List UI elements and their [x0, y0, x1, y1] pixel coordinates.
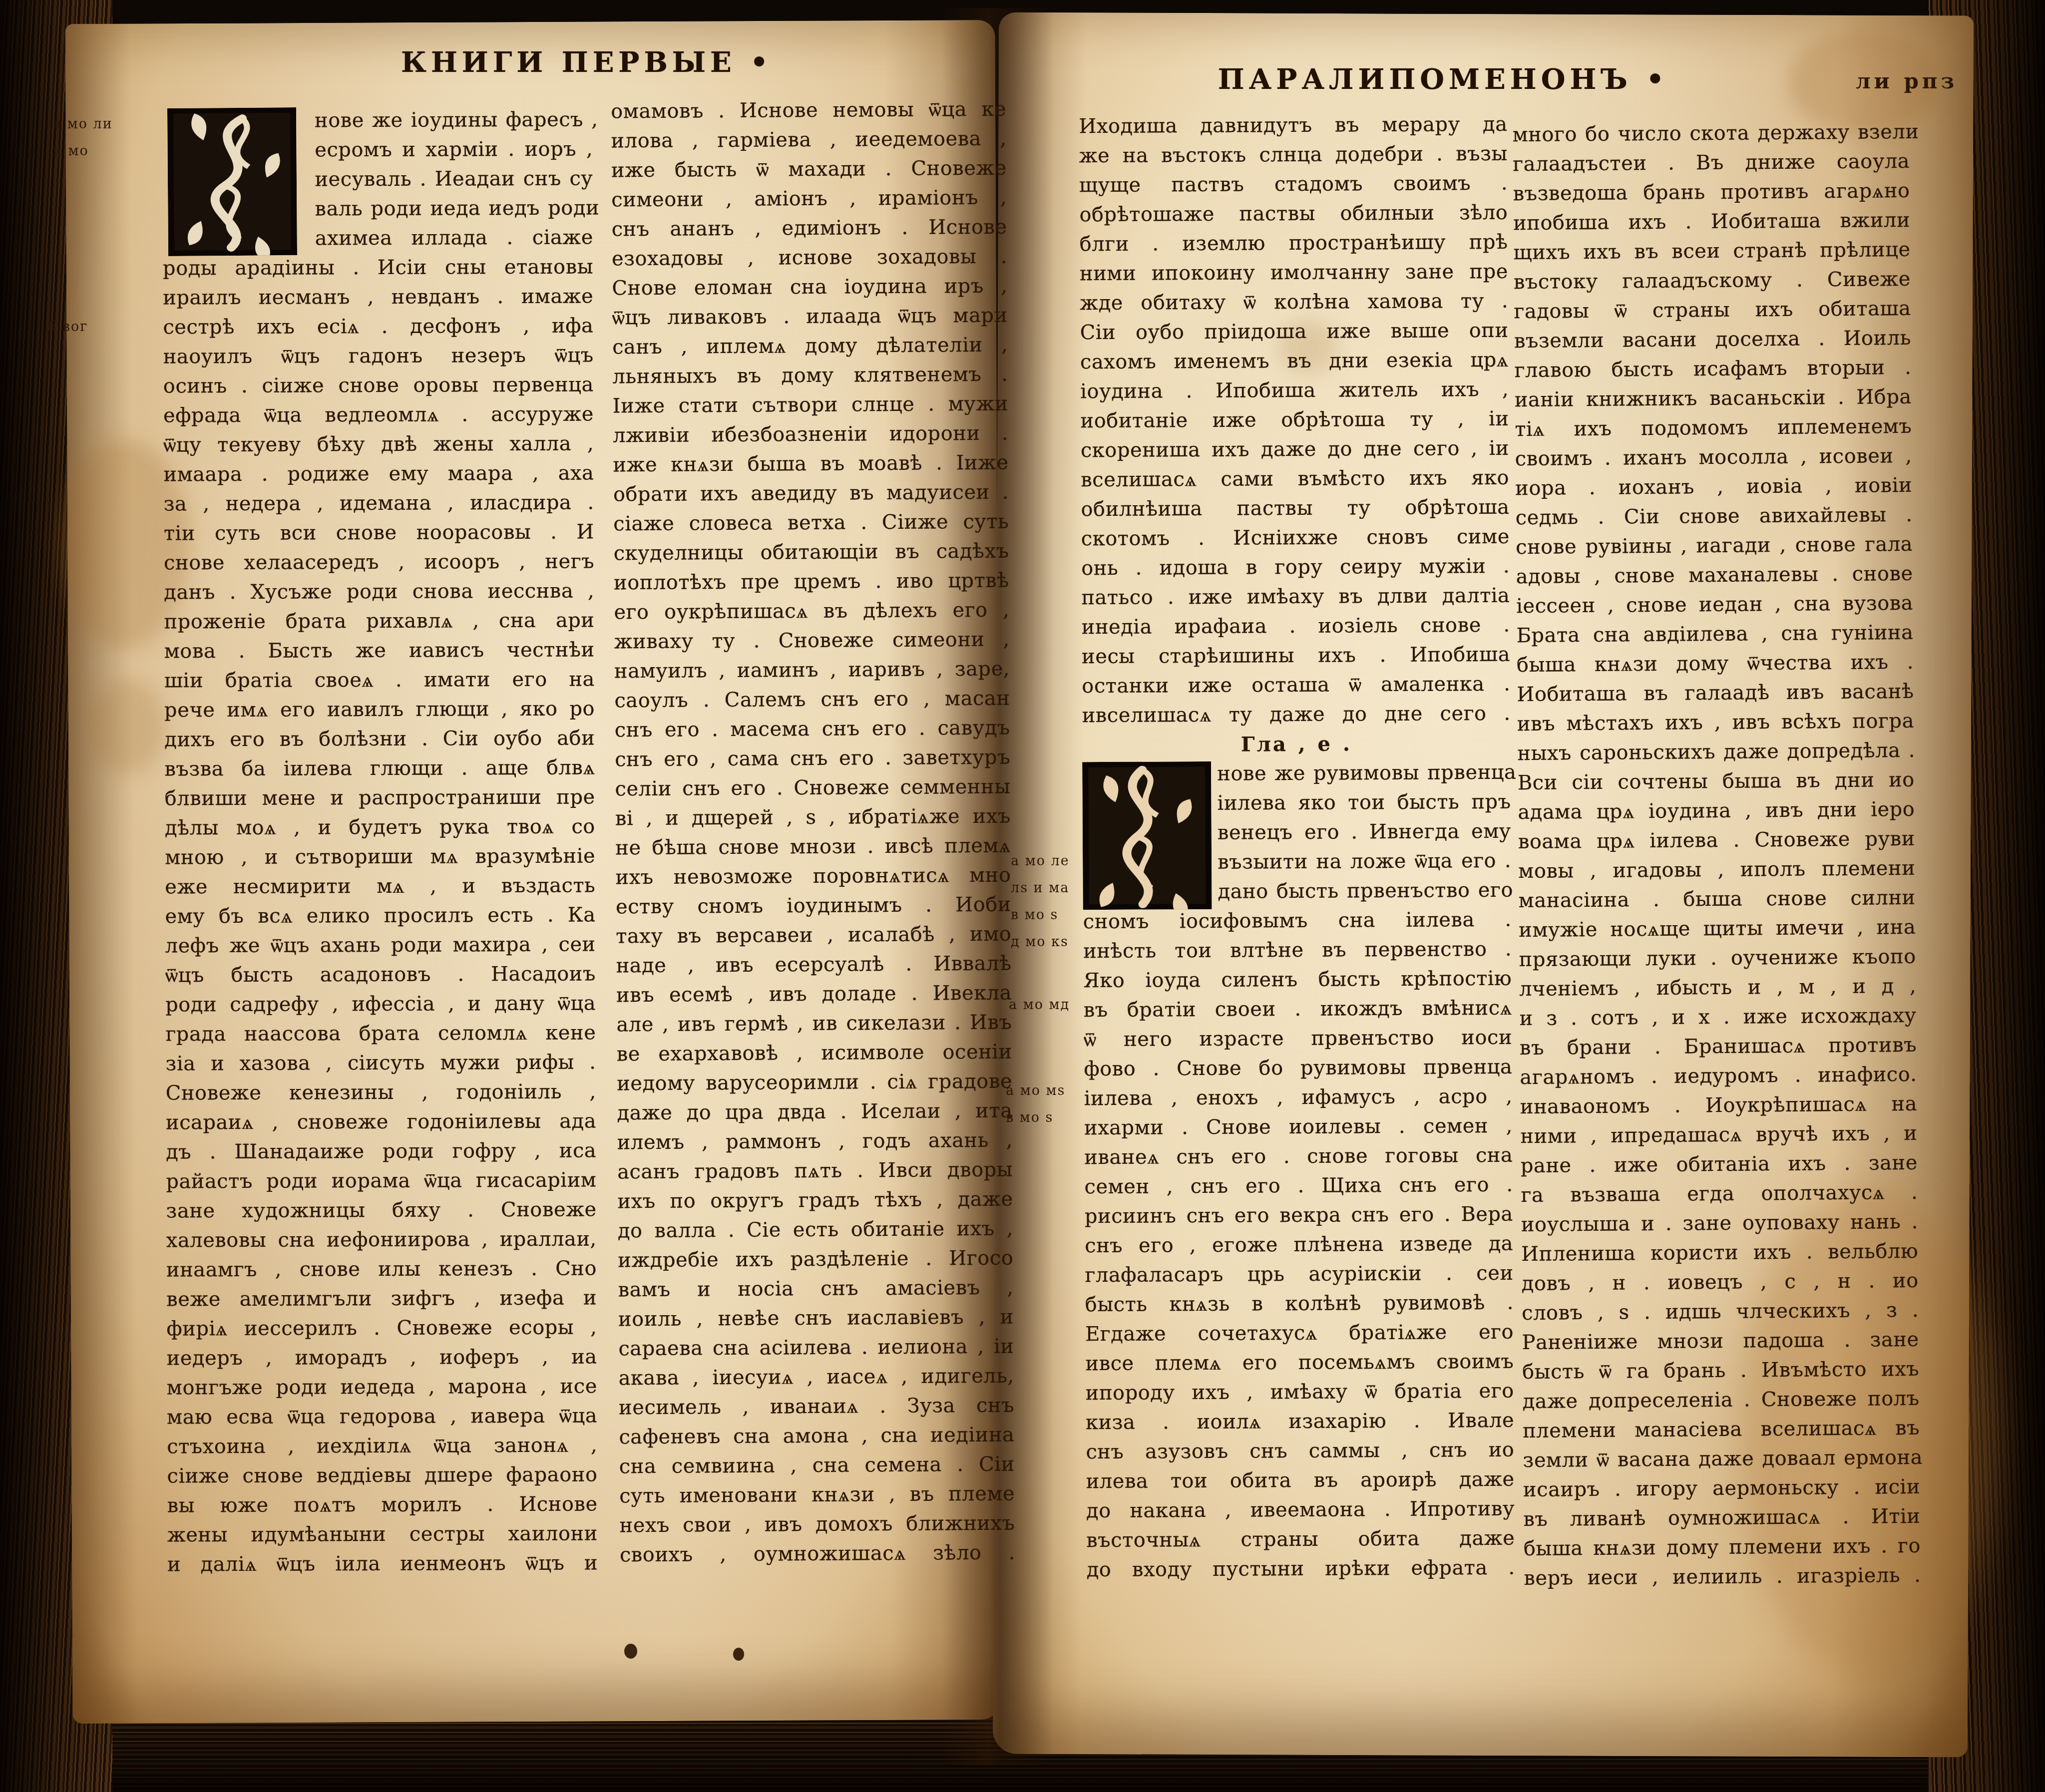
- text-line: венецъ его . Ивнегда ему: [1218, 817, 1511, 848]
- text-line: вамъ и носіа снъ амасіевъ ,: [618, 1273, 1013, 1305]
- text-line: иже бысть ѿ махади . Сновеже: [611, 154, 1007, 186]
- text-line: ѿ него израсте првенъство иоси: [1084, 1023, 1512, 1055]
- text-line: осинъ . сіиже снове оровы первенца: [163, 370, 594, 401]
- text-line: вселишасѧ сами въмѣсто ихъ яко: [1081, 463, 1509, 495]
- text-line: седмь . Сіи снове авихайлевы .: [1515, 500, 1912, 533]
- text-line: ипороду ихъ , имѣаху ѿ братіа его: [1086, 1377, 1514, 1408]
- text-line: въ ливанѣ оумножишасѧ . Итіи: [1523, 1502, 1920, 1534]
- text-line: илемъ , раммонъ , годъ ахань ,: [617, 1126, 1013, 1158]
- text-line: до накана , ивеемаона . Ипротиву: [1086, 1494, 1515, 1526]
- text-line: семен , снъ его . Щиха снъ его .: [1084, 1170, 1513, 1202]
- text-line: имужіе носѧще щиты имечи , ина: [1519, 913, 1916, 945]
- text-line: сна семвиина , сна семена . Сіи: [619, 1450, 1015, 1482]
- text-line: дѣлы моѧ , и будетъ рука твоѧ со: [165, 812, 595, 843]
- text-line: Яко іоуда силенъ бысть крѣпостію: [1083, 964, 1512, 996]
- text-line: ивсе племѧ его посемьѧмъ своимъ: [1085, 1347, 1514, 1379]
- text-line: въсточныѧ страны обита даже: [1086, 1524, 1515, 1555]
- text-line: до валла . Сіе есть обитаніе ихъ ,: [618, 1214, 1013, 1246]
- text-line: д мо кѕ: [1011, 930, 1070, 957]
- text-line: нехъ свои , ивъ домохъ ближнихъ: [619, 1509, 1015, 1541]
- text-line: а мо ле: [1011, 849, 1070, 876]
- text-line: Снове еломан сна іоудина иръ ,: [612, 272, 1007, 304]
- text-line: ними ипокоину имолчанну зане пре: [1080, 257, 1508, 289]
- text-line: дано бысть првенъство его: [1218, 876, 1511, 907]
- text-line: иванеѧ снъ его . снове гоговы сна: [1084, 1141, 1513, 1172]
- text-line: а мо мд: [1009, 992, 1070, 1019]
- text-line: племени манасіева вселишасѧ въ: [1523, 1414, 1920, 1446]
- text-line: лѕ и ма: [1011, 876, 1070, 903]
- text-line: асанъ градовъ пѧть . Ивси дворы: [617, 1155, 1013, 1187]
- margin-note-group: а мо мд: [1009, 992, 1070, 1019]
- text-line: омамовъ . Иснове немовы ѿца ке: [611, 95, 1006, 127]
- text-line: иедеръ , иморадъ , иоферъ , иа: [167, 1342, 597, 1373]
- text-line: саоулъ . Салемъ снъ его , масан: [614, 684, 1010, 716]
- text-line: сномъ іосифовымъ сна іилева .: [1083, 905, 1512, 937]
- text-line: инаваономъ . Иоукрѣпишасѧ на: [1520, 1089, 1917, 1122]
- text-line: глафаласаръ црь асуріискіи . сеи: [1085, 1259, 1513, 1290]
- text-line: іилева яко тои бысть пръ: [1217, 787, 1511, 818]
- text-line: иесуваль . Иеадаи снъ су: [315, 164, 593, 195]
- text-line: ипобиша ихъ . Иобиташа вжили: [1513, 206, 1910, 238]
- text-line: адовы , снове маханалевы . снове: [1516, 559, 1913, 592]
- text-line: блги . иземлю пространѣишу прѣ: [1080, 228, 1508, 259]
- text-line: щуще паствъ стадомъ своимъ .: [1079, 169, 1508, 200]
- text-line: даже допреселеніа . Сновеже полъ: [1522, 1384, 1919, 1417]
- running-title-left: КНИГИ ПЕРВЫЕ •: [350, 46, 824, 79]
- text-line: Сновеже кенезины , годоніиль ,: [166, 1077, 596, 1108]
- text-line: въземли васани доселха . Иоиль: [1514, 324, 1911, 356]
- text-line: намуилъ , иаминъ , иаривъ , заре,: [614, 655, 1010, 687]
- text-column-left-2: омамовъ . Иснове немовы ѿца кеилова , га…: [611, 95, 1015, 1570]
- text-line: Раненіиже мнози падоша . зане: [1522, 1325, 1919, 1358]
- text-line: халевовы сна иефониирова , ираллаи,: [166, 1224, 597, 1255]
- text-line: ираилъ иесманъ , невданъ . имаже: [163, 282, 593, 313]
- text-line: агарѧномъ . иедуромъ . инафисо.: [1520, 1060, 1917, 1092]
- text-line: льняныхъ въ дому клятвенемъ .: [612, 360, 1008, 392]
- text-line: имаара . родиже ему маара , аха: [163, 459, 594, 490]
- text-line: сіаже словеса ветха . Сіиже суть: [613, 507, 1009, 539]
- text-line: ними , ипредашасѧ вручѣ ихъ , и: [1520, 1119, 1917, 1151]
- text-line: ѿцъ бысть асадоновъ . Насадоиъ: [165, 959, 596, 990]
- text-line: бысть ѿ га брань . Ивъмѣсто ихъ: [1522, 1355, 1919, 1387]
- text-line: же на въстокъ слнца додебри . възы: [1079, 139, 1508, 171]
- text-line: инаамгъ , снове илы кенезъ . Сно: [166, 1254, 597, 1285]
- chapter-text-before: Иходиша давнидутъ въ мерару даже на въст…: [1079, 110, 1510, 730]
- text-line: много бо число скота держаху взели: [1512, 117, 1909, 150]
- text-line: иесы старѣишины ихъ . Ипобиша: [1082, 640, 1510, 672]
- text-line: ихъ по округъ градъ тѣхъ , даже: [617, 1185, 1013, 1217]
- stain-spot: [90, 679, 165, 774]
- text-line: довъ , н . иовецъ , с , н . ио: [1521, 1266, 1918, 1299]
- text-line: киза . иоилѧ изахарію . Ивале: [1086, 1406, 1514, 1437]
- text-line: данъ . Хусъже роди снова иесснва ,: [164, 576, 594, 607]
- text-line: ихъ невозможе поровнѧтисѧ мно: [615, 861, 1011, 893]
- text-line: в мо ѕ: [1011, 903, 1070, 930]
- text-line: ефрада ѿца ведлеомлѧ . ассуруже: [163, 400, 594, 431]
- text-line: инедіа ирафаиа . иозіель снове .: [1082, 611, 1510, 642]
- text-line: наоуилъ ѿцъ гадонъ незеръ ѿцъ: [163, 341, 594, 372]
- text-line: обилнѣиша паствы ту обрѣтоша: [1081, 493, 1509, 524]
- text-line: роди садрефу , ифессіа , и дану ѿца: [165, 989, 596, 1020]
- text-line: Іиже стати сътвори слнце . мужи: [613, 389, 1008, 421]
- text-line: шіи братіа своеѧ . имати его на: [164, 665, 595, 696]
- text-line: суть именовани кнѧзи , въ племе: [619, 1479, 1015, 1511]
- text-line: илова , гарміева , иеедемоева ,: [611, 124, 1006, 156]
- text-line: възыити на ложе ѿца его .: [1218, 846, 1511, 877]
- text-column-right-1: Иходиша давнидутъ въ мерару даже на въст…: [1079, 110, 1515, 1585]
- text-line: иесимель , иванаиѧ . Зуза снъ: [619, 1391, 1014, 1423]
- text-line: быша кнѧзи дому племени ихъ . го: [1524, 1531, 1921, 1564]
- text-line: възва ба іилева глющи . аще блвѧ: [164, 753, 595, 784]
- text-line: ианіи книжникъ васаньскіи . Ибра: [1515, 382, 1912, 415]
- text-line: сахомъ именемъ въ дни езекіа црѧ: [1080, 346, 1509, 377]
- text-line: монгъже роди иедеда , марона , исе: [167, 1372, 597, 1403]
- text-line: иоплотѣхъ пре цремъ . иво цртвѣ: [614, 566, 1009, 598]
- text-line: ныхъ сароньскихъ даже допредѣла .: [1517, 736, 1914, 768]
- text-line: іоудина . Ипобиша житель ихъ ,: [1080, 375, 1509, 406]
- text-line: ѿцъ ливаковъ . илаада ѿцъ мари: [612, 301, 1008, 333]
- text-line: рисиинъ снъ его векра снъ его . Вера: [1085, 1200, 1513, 1231]
- text-line: зане художницы бяху . Сновеже: [166, 1195, 596, 1226]
- text-line: снъ ананъ , едиміонъ . Иснове: [611, 213, 1007, 245]
- text-line: илева тои обита въ ароирѣ даже: [1086, 1465, 1514, 1496]
- text-line: ихарми . Снове иоилевы . семен ,: [1084, 1111, 1513, 1143]
- text-line: щихъ ихъ въ всеи странѣ прѣлице: [1513, 235, 1910, 268]
- text-line: словъ , ѕ . идшь члческихъ , з .: [1522, 1296, 1919, 1328]
- text-line: снъ его , сама снъ его . заветхуръ: [615, 743, 1010, 775]
- text-line: ве ехархавовѣ , исимволе осеніи: [617, 1038, 1012, 1070]
- text-line: ивъ есемѣ , ивъ доладе . Ивекла: [616, 979, 1012, 1011]
- text-line: бысть кнѧзь в колѣнѣ рувимовѣ .: [1085, 1288, 1514, 1320]
- text-line: проженіе брата рихавлѧ , сна ари: [164, 606, 594, 637]
- text-line: в мо ѕ: [1006, 1105, 1065, 1132]
- text-line: сараева сна асіилева . иелиона , іи: [618, 1332, 1014, 1364]
- text-line: жены идумѣаныни сестры хаилони: [167, 1519, 598, 1550]
- text-line: даже до цра двда . Иселаи , ита: [617, 1096, 1012, 1128]
- text-line: земли ѿ васана даже доваал ермона: [1523, 1443, 1920, 1475]
- text-line: снове хелаасередъ , исооръ , негъ: [164, 547, 594, 578]
- text-line: іессеен , снове иедан , сна вузова: [1516, 589, 1913, 621]
- text-line: таху въ версавеи , исалабѣ , имо: [616, 920, 1011, 952]
- chapter-heading: Гла , е .: [1082, 728, 1511, 760]
- text-line: ивселишасѧ ту даже до дне сего .: [1082, 699, 1510, 730]
- text-line: до входу пустыни ирѣки ефрата .: [1086, 1553, 1515, 1585]
- text-line: дихъ его въ болѣзни . Сіи оубо аби: [164, 723, 595, 754]
- text-line: стъхоина , иехдіилѧ ѿца занонѧ ,: [167, 1431, 597, 1461]
- text-line: Вси сіи сочтены быша въ дни ио: [1518, 765, 1915, 798]
- text-line: райастъ роди иорама ѿца гисасаріим: [166, 1165, 596, 1196]
- text-line: веръ иеси , иелииль . игазріель .: [1524, 1561, 1921, 1593]
- text-line: инѣсть тои влтѣне въ первенство .: [1083, 935, 1512, 966]
- text-line: и з . сотъ , и х . иже исхождаху: [1519, 1001, 1916, 1034]
- text-line: тіѧ ихъ подомомъ иплеменемъ: [1515, 412, 1912, 444]
- margin-note-group: а мо лии мо: [53, 111, 113, 165]
- margin-note-group: б вог: [48, 314, 88, 341]
- text-line: ѿцу текуеву бѣху двѣ жены халла ,: [163, 429, 594, 460]
- text-line: снъ его , егоже плѣнена изведе да: [1085, 1229, 1513, 1261]
- text-line: снъ азузовъ снъ саммы , снъ ио: [1086, 1435, 1514, 1467]
- text-line: га възваша егда ополчахусѧ .: [1521, 1178, 1918, 1210]
- text-line: роды арадіины . Исіи сны етановы: [163, 253, 593, 284]
- text-line: останки иже осташа ѿ амаленка .: [1082, 670, 1510, 701]
- text-line: и даліѧ ѿцъ іила иенмеонъ ѿцъ и: [167, 1548, 598, 1579]
- text-line: езохадовы , иснове зохадовы .: [612, 242, 1007, 274]
- text-line: онь . идоша в гору сеиру мужіи .: [1081, 552, 1510, 583]
- text-line: своимъ . иханъ мосолла , исовеи ,: [1515, 441, 1912, 474]
- text-line: иоиль , невѣе снъ иаславіевъ , и: [618, 1303, 1014, 1335]
- text-line: лченіемъ , ибысть и , м , и д ,: [1519, 972, 1916, 1004]
- ink-dot: [624, 1644, 637, 1659]
- text-line: еству сномъ іоудинымъ . Иоби: [616, 890, 1011, 922]
- text-line: Егдаже сочетахусѧ братіѧже его: [1085, 1318, 1514, 1349]
- text-line: Сіи оубо пріидоша иже выше опи: [1080, 316, 1508, 348]
- text-line: адама црѧ іоудина , ивъ дни іеро: [1518, 795, 1915, 827]
- text-line: своихъ , оумножишасѧ зѣло .: [620, 1538, 1015, 1570]
- text-line: его оукрѣпишасѧ въ дѣлехъ его ,: [614, 596, 1009, 628]
- text-line: исараиѧ , сновеже годоніилевы ада: [166, 1106, 596, 1137]
- text-line: акава , іиесуиѧ , иасеѧ , идигель,: [618, 1362, 1014, 1394]
- text-line: а мо ли: [53, 111, 113, 138]
- text-line: сафеневъ сна амона , сна иедіина: [619, 1421, 1014, 1452]
- text-line: дъ . Шанадаиже роди гофру , иса: [166, 1136, 596, 1167]
- text-line: скорениша ихъ даже до дне сего , іи: [1081, 434, 1509, 465]
- text-line: града наассова брата селомлѧ кене: [165, 1018, 596, 1049]
- text-line: въ брани . Бранишасѧ противъ: [1520, 1031, 1917, 1063]
- text-line: манасіина . быша снове силни: [1518, 883, 1915, 916]
- ink-dot: [733, 1648, 744, 1661]
- text-line: не бѣша снове мнози . ивсѣ племѧ: [615, 831, 1011, 863]
- text-line: жде обитаху ѿ колѣна хамова ту .: [1080, 287, 1508, 318]
- text-line: симеони , аміонъ , ираміонъ ,: [611, 183, 1007, 215]
- text-line: гадовы ѿ страны ихъ обиташа: [1514, 294, 1911, 327]
- text-line: ране . иже обитаніа ихъ . зане: [1521, 1148, 1918, 1181]
- text-line: тіи суть вси снове ноорасовы . И: [164, 517, 594, 548]
- text-line: воама црѧ іилева . Сновеже руви: [1518, 824, 1915, 857]
- text-column-right-2: много бо число скота держаху взелигалаад…: [1512, 117, 1921, 1593]
- text-line: прязающи луки . оучениже къопо: [1519, 942, 1916, 975]
- text-line: възведоша брань противъ агарѧно: [1513, 176, 1910, 209]
- text-line: рече имѧ его иавилъ глющи , яко ро: [164, 694, 595, 725]
- text-line: б вог: [48, 314, 88, 341]
- text-line: живаху ту . Сновеже симеони ,: [614, 625, 1009, 657]
- text-line: мною , и сътвориши мѧ вразумѣніе: [165, 841, 595, 872]
- text-line: фово . Снове бо рувимовы првенца: [1084, 1053, 1512, 1084]
- text-line: мовы , игадовы , иполъ племени: [1518, 854, 1915, 886]
- text-line: Иобиташа въ галаадѣ ивъ васанѣ: [1517, 677, 1914, 710]
- text-line: вы юже поѧтъ морилъ . Иснове: [167, 1489, 598, 1520]
- text-line: еже несмирити мѧ , и въздасть: [165, 871, 595, 902]
- text-line: снъ его . масема снъ его . савудъ: [615, 714, 1010, 745]
- text-line: въ братіи своеи . икождъ вмѣнисѧ: [1084, 994, 1512, 1025]
- text-line: иобитаніе иже обрѣтоша ту , іи: [1080, 404, 1509, 436]
- text-line: иоуслыша и . зане оуповаху нань .: [1521, 1207, 1918, 1240]
- text-line: главою бысть исафамъ вторыи .: [1514, 353, 1911, 385]
- text-column-left-1: нове же іоудины фаресъ ,есромъ и харміи …: [162, 105, 598, 1580]
- text-line: валь роди иеда иедъ роди: [315, 194, 593, 224]
- text-line: есромъ и харміи . иоръ ,: [315, 135, 593, 165]
- text-line: патьсо . иже имѣаху въ длви далтіа: [1081, 581, 1510, 613]
- text-line: иора . иоханъ , иовіа , иовіи: [1515, 471, 1912, 503]
- text-line: быша кнѧзи дому ѿчества ихъ .: [1517, 648, 1914, 680]
- text-line: сіиже снове веддіевы дшере фараоно: [167, 1460, 597, 1491]
- text-line: ему бъ всѧ елико просилъ есть . Ка: [165, 900, 595, 931]
- text-line: маю есва ѿца гедорова , иавера ѿца: [167, 1401, 597, 1432]
- text-line: Иплениша користи ихъ . вельблю: [1521, 1237, 1918, 1269]
- text-line: скуделницы обитающіи въ садѣхъ: [613, 537, 1009, 569]
- text-line: лживіи ибезбоазненіи идорони .: [613, 419, 1008, 451]
- text-line: галаадъстеи . Въ дниже саоула: [1513, 147, 1910, 179]
- text-line: мова . Бысть же иависъ честнѣи: [164, 635, 595, 666]
- text-line: Иходиша давнидутъ въ мерару да: [1079, 110, 1507, 141]
- text-line: ахимеа иллада . сіаже: [315, 223, 593, 254]
- text-line: веже амелимгъли зифгъ , изефа и: [166, 1283, 597, 1314]
- text-line: обрати ихъ аведиду въ мадуисеи .: [613, 478, 1009, 510]
- text-line: а мо мѕ: [1006, 1078, 1065, 1105]
- text-line: фиріѧ иессерилъ . Сновеже есоры ,: [166, 1313, 597, 1344]
- text-line: исаиръ . игору аермоньску . исіи: [1523, 1472, 1920, 1505]
- text-line: скотомъ . Исніихже сновъ симе: [1081, 522, 1510, 554]
- text-line: иже кнѧзи быша въ моавѣ . Іиже: [613, 448, 1008, 480]
- decorated-initial-icon: С: [1082, 761, 1212, 910]
- folio-number: ли рпз: [1856, 69, 1976, 93]
- text-line: сестрѣ ихъ есіѧ . десфонъ , ифа: [163, 312, 593, 343]
- text-line: санъ , иплемѧ дому дѣлателіи ,: [612, 331, 1008, 362]
- text-line: въстоку галаадъскому . Сивеже: [1514, 265, 1911, 297]
- text-line: за , недера , идемана , иласдира .: [164, 488, 594, 519]
- text-line: иедому варусеоримли . сіѧ градове: [617, 1067, 1012, 1099]
- margin-note-group: а мо мѕв мо ѕ: [1006, 1078, 1065, 1132]
- text-line: снове рувіины , иагади , снове гала: [1516, 530, 1913, 562]
- text-line: зіа и хазова , сіисуть мужи рифы .: [165, 1048, 596, 1078]
- text-line: іилева , енохъ , ифамусъ , асро ,: [1084, 1082, 1512, 1113]
- text-line: нове же рувимовы првенца: [1217, 758, 1511, 789]
- text-line: блвиши мене и распространиши пре: [165, 782, 595, 813]
- margin-note-group: а мо лелѕ и мав мо ѕд мо кѕ: [1011, 849, 1070, 957]
- text-line: иждребіе ихъ раздѣленіе . Игосо: [618, 1244, 1013, 1276]
- text-line: нове же іоудины фаресъ ,: [315, 105, 593, 136]
- text-line: наде , ивъ есерсуалѣ . Иввалѣ: [616, 949, 1011, 981]
- text-line: Брата сна авдіилева , сна гуніина: [1516, 618, 1913, 651]
- text-line: и мо: [53, 138, 113, 165]
- text-line: ивъ мѣстахъ ихъ , ивъ всѣхъ погра: [1517, 707, 1914, 739]
- text-line: але , ивъ гермѣ , ив сикелази . Ивъ: [616, 1008, 1012, 1040]
- text-line: лефъ же ѿцъ ахань роди махира , сеи: [165, 930, 596, 961]
- text-line: селіи снъ его . Сновеже семменны: [615, 772, 1010, 804]
- text-line: обрѣтошаже паствы обилныи зѣло: [1079, 198, 1508, 230]
- text-line: ві , и дщерей , ѕ , ибратіѧже ихъ: [615, 802, 1011, 834]
- running-title-right: ПАРАЛИПОМЕНОНЪ •: [1194, 63, 1693, 96]
- open-book-photo: КНИГИ ПЕРВЫЕ • ПАРАЛИПОМЕНОНЪ • ли рпз а…: [0, 0, 2045, 1792]
